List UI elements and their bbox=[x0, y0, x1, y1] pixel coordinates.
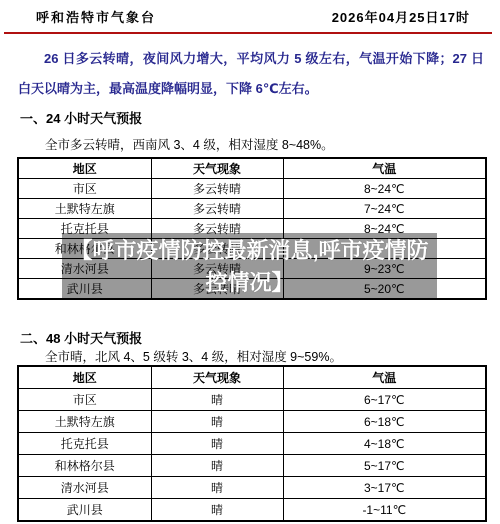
weather-cell: 晴 bbox=[151, 411, 283, 433]
table-header-row: 地区天气现象气温 bbox=[18, 366, 486, 389]
weather-cell: 晴 bbox=[151, 389, 283, 411]
temp-cell: 3~17℃ bbox=[283, 477, 486, 499]
weather-cell: 晴 bbox=[151, 455, 283, 477]
temp-cell: 6~18℃ bbox=[283, 411, 486, 433]
section-48h-title: 二、48 小时天气预报 bbox=[20, 328, 142, 347]
report-datetime: 2026年04月25日17时 bbox=[332, 7, 470, 26]
weather-cell: 晴 bbox=[151, 477, 283, 499]
section-48h-subtitle: 全市晴，北风 4、5 级转 3、4 级，相对湿度 9~59%。 bbox=[20, 347, 480, 365]
weather-cell: 多云转晴 bbox=[151, 179, 283, 199]
station-title: 呼和浩特市气象台 bbox=[36, 7, 156, 26]
watermark-overlay: 【呼市疫情防控最新消息,呼市疫情防控情况】 bbox=[62, 233, 437, 300]
temp-cell: 7~24℃ bbox=[283, 199, 486, 219]
weather-bulletin-page: 呼和浩特市气象台 2026年04月25日17时 26 日多云转晴，夜间风力增大，… bbox=[0, 0, 500, 524]
temp-cell: 4~18℃ bbox=[283, 433, 486, 455]
column-header: 气温 bbox=[283, 158, 486, 179]
table-row: 和林格尔县晴5~17℃ bbox=[18, 455, 486, 477]
region-cell: 市区 bbox=[18, 389, 151, 411]
region-cell: 和林格尔县 bbox=[18, 455, 151, 477]
table-row: 武川县晴-1~11℃ bbox=[18, 499, 486, 522]
region-cell: 土默特左旗 bbox=[18, 411, 151, 433]
table-header-row: 地区天气现象气温 bbox=[18, 158, 486, 179]
weather-cell: 多云转晴 bbox=[151, 199, 283, 219]
header-divider bbox=[4, 32, 492, 34]
section-24h-subtitle: 全市多云转晴，西南风 3、4 级，相对湿度 8~48%。 bbox=[20, 135, 480, 153]
region-cell: 土默特左旗 bbox=[18, 199, 151, 219]
table-row: 清水河县晴3~17℃ bbox=[18, 477, 486, 499]
forecast-summary: 26 日多云转晴，夜间风力增大，平均风力 5 级左右，气温开始下降；27 日白天… bbox=[18, 44, 484, 104]
column-header: 天气现象 bbox=[151, 158, 283, 179]
watermark-text: 【呼市疫情防控最新消息,呼市疫情防控情况】 bbox=[62, 235, 437, 299]
column-header: 地区 bbox=[18, 158, 151, 179]
temp-cell: 6~17℃ bbox=[283, 389, 486, 411]
weather-table-48h: 地区天气现象气温市区晴6~17℃土默特左旗晴6~18℃托克托县晴4~18℃和林格… bbox=[17, 365, 487, 522]
section-24h-title: 一、24 小时天气预报 bbox=[20, 108, 142, 127]
region-cell: 清水河县 bbox=[18, 477, 151, 499]
temp-cell: 5~17℃ bbox=[283, 455, 486, 477]
region-cell: 市区 bbox=[18, 179, 151, 199]
table-row: 市区多云转晴8~24℃ bbox=[18, 179, 486, 199]
temp-cell: -1~11℃ bbox=[283, 499, 486, 522]
table-row: 市区晴6~17℃ bbox=[18, 389, 486, 411]
region-cell: 托克托县 bbox=[18, 433, 151, 455]
weather-cell: 晴 bbox=[151, 499, 283, 522]
region-cell: 武川县 bbox=[18, 499, 151, 522]
column-header: 气温 bbox=[283, 366, 486, 389]
weather-cell: 晴 bbox=[151, 433, 283, 455]
column-header: 地区 bbox=[18, 366, 151, 389]
column-header: 天气现象 bbox=[151, 366, 283, 389]
table-row: 土默特左旗晴6~18℃ bbox=[18, 411, 486, 433]
table-row: 土默特左旗多云转晴7~24℃ bbox=[18, 199, 486, 219]
temp-cell: 8~24℃ bbox=[283, 179, 486, 199]
table-row: 托克托县晴4~18℃ bbox=[18, 433, 486, 455]
